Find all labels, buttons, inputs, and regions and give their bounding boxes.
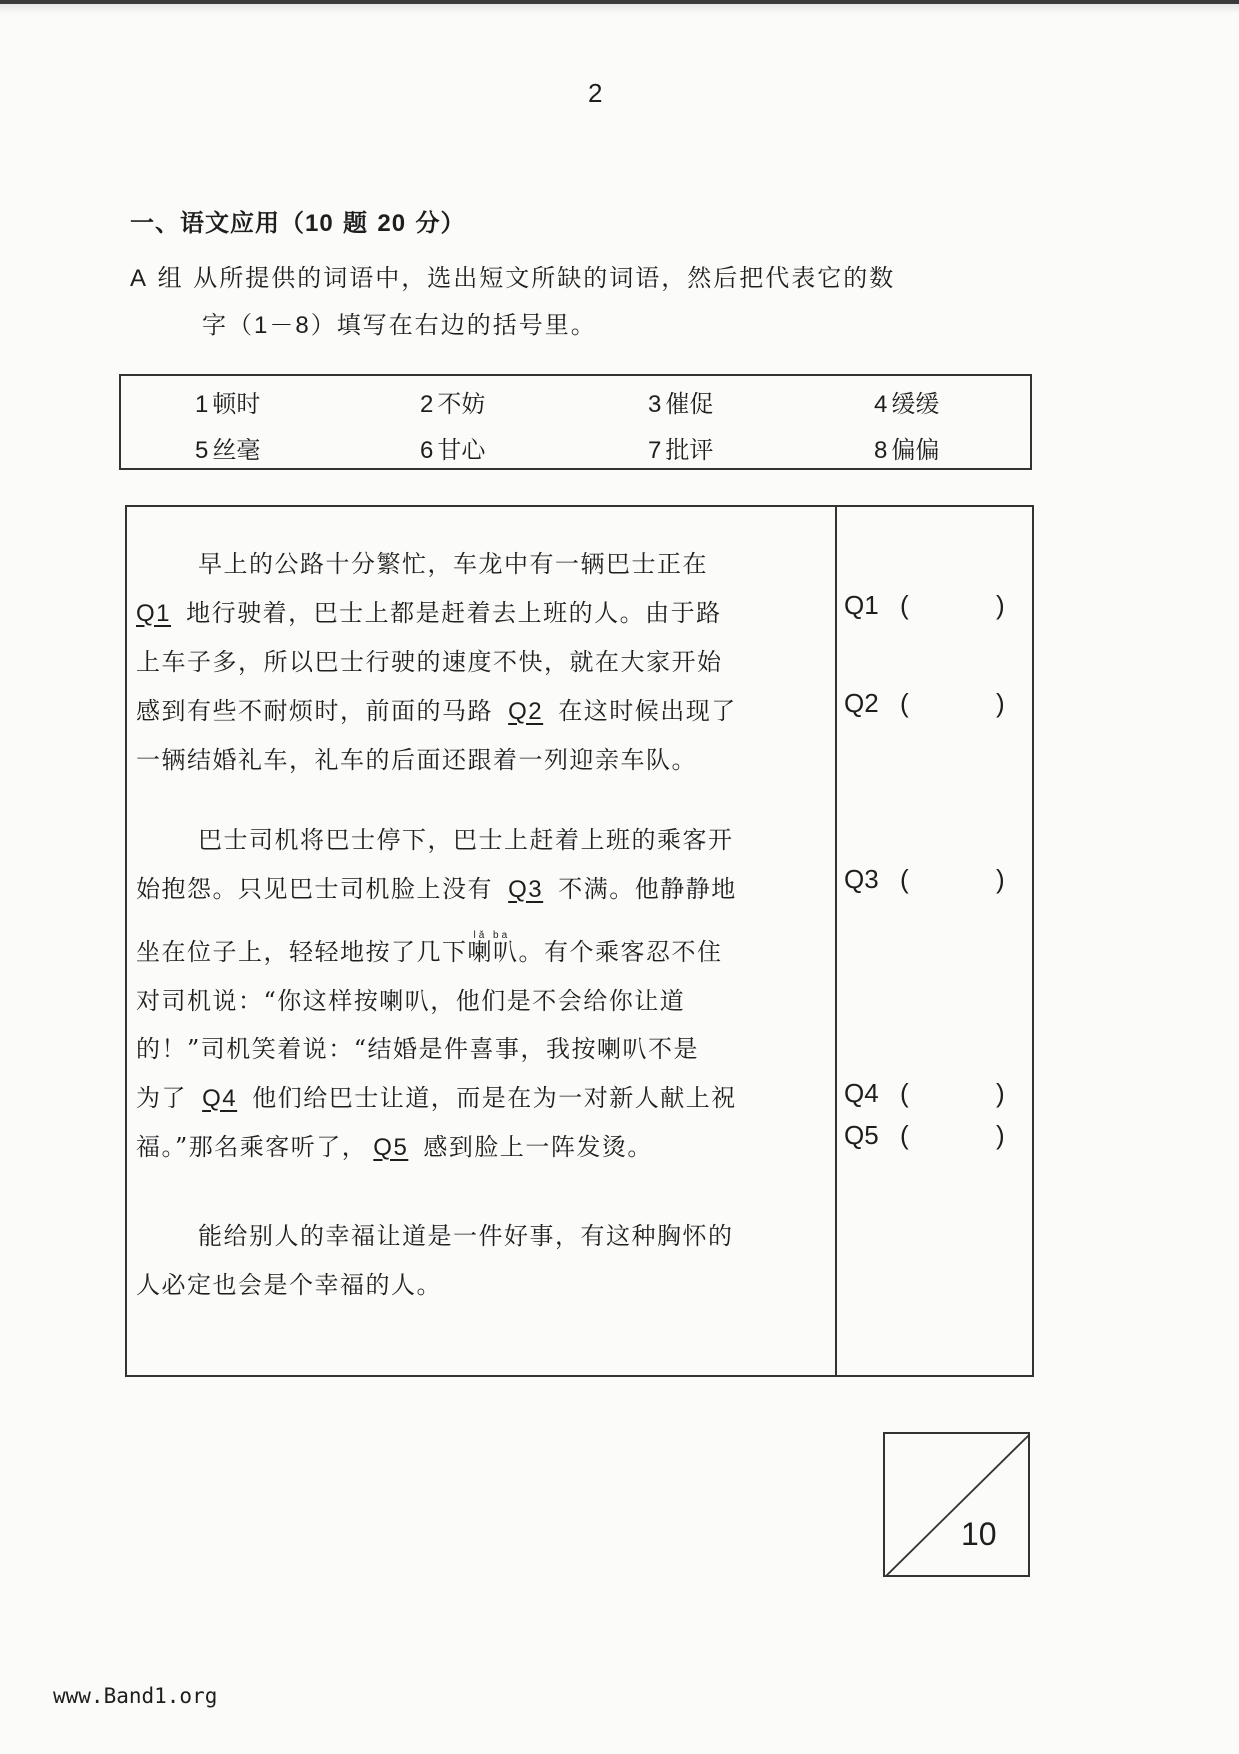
word-text: 顿时 [212,390,260,418]
word-number: 4 [874,391,887,418]
word-text: 偏偏 [891,436,939,464]
passage-line: 早上的公路十分繁忙，车龙中有一辆巴士正在 [136,540,836,589]
instructions: A 组 从所提供的词语中，选出短文所缺的词语，然后把代表它的数 字（1－8）填写… [130,255,895,349]
instruction-text-1: 组 从所提供的词语中，选出短文所缺的词语，然后把代表它的数 [148,264,895,292]
word-number: 8 [874,437,887,464]
blank-q3: Q3 [502,876,549,903]
passage-line: 为了 Q4 他们给巴士让道，而是在为一对新人献上祝 [136,1074,836,1124]
passage-line: 始抱怨。只见巴士司机脸上没有 Q3 不满。他静静地 [136,865,836,915]
passage-text: 。有个乘客忍不住 [519,938,723,966]
group-label: A [130,265,148,292]
open-paren: ( [900,1078,909,1109]
passage-text: 坐在位子上，轻轻地按了几下 [136,938,468,966]
word-bank-item: 6甘心 [420,430,485,465]
passage-line: 一辆结婚礼车，礼车的后面还跟着一列迎亲车队。 [136,736,836,785]
word-bank-item: 7批评 [648,430,713,465]
instruction-text-2b: ）填写在右边的括号里。 [311,311,597,339]
close-paren: ) [996,688,1005,719]
passage-line: 能给别人的幸福让道是一件好事，有这种胸怀的 [136,1212,836,1261]
passage-line: 福。”那名乘客听了，Q5 感到脸上一阵发烫。 [136,1123,836,1173]
section-title-prefix: 一、语文应用（ [130,208,305,237]
open-paren: ( [900,864,909,895]
open-paren: ( [900,590,909,621]
answer-q3[interactable]: Q3() [844,864,1014,895]
watermark: www.Band1.org [53,1684,217,1708]
section-title-mid: 题 [334,208,378,237]
word-bank-item: 5丝毫 [195,430,260,465]
max-score: 10 [961,1516,997,1553]
close-paren: ) [996,864,1005,895]
answer-label: Q4 [844,1078,879,1108]
word-text: 缓缓 [891,390,939,418]
passage-line: 上车子多，所以巴士行驶的速度不快，就在大家开始 [136,638,836,687]
open-paren: ( [900,688,909,719]
pinyin-annotated-word: lǎ ba喇叭 [468,928,519,977]
section-title-suffix: 分） [406,208,465,237]
word-number: 3 [648,391,661,418]
close-paren: ) [996,590,1005,621]
word-bank: 1顿时 2不妨 3催促 4缓缓 5丝毫 6甘心 7批评 8偏偏 [119,374,1032,470]
word-text: 甘心 [437,436,485,464]
word-number: 2 [420,391,433,418]
answer-q2[interactable]: Q2() [844,688,1014,719]
score-box[interactable]: 10 [883,1432,1030,1577]
pinyin: lǎ ba [474,912,511,961]
instruction-text-2a: 字（ [202,311,254,339]
blank-q5: Q5 [367,1134,414,1161]
passage-text: 感到有些不耐烦时，前面的马路 [136,697,502,725]
answer-label: Q2 [844,688,879,718]
answer-label: Q3 [844,864,879,894]
paragraph-2: 巴士司机将巴士停下，巴士上赶着上班的乘客开 始抱怨。只见巴士司机脸上没有 Q3 … [136,816,836,1173]
passage-text: 地行驶着，巴士上都是赶着去上班的人。由于路 [177,599,722,627]
answer-q5[interactable]: Q5() [844,1120,1014,1151]
answer-q4[interactable]: Q4() [844,1078,1014,1109]
page-number: 2 [588,78,602,109]
word-bank-item: 4缓缓 [874,384,939,419]
answer-q1[interactable]: Q1() [844,590,1014,621]
total-marks: 20 [377,210,406,237]
passage-text: 福。”那名乘客听了， [136,1133,367,1161]
paragraph-1: 早上的公路十分繁忙，车龙中有一辆巴士正在 Q1 地行驶着，巴士上都是赶着去上班的… [136,540,836,785]
word-number: 5 [195,437,208,464]
passage-text: 不满。他静静地 [549,875,737,903]
passage-text: 为了 [136,1084,196,1112]
passage-text: 始抱怨。只见巴士司机脸上没有 [136,875,502,903]
passage-line: 对司机说：“你这样按喇叭，他们是不会给你让道 [136,977,836,1026]
passage-line: 巴士司机将巴士停下，巴士上赶着上班的乘客开 [136,816,836,865]
passage-text: 感到脸上一阵发烫。 [414,1133,653,1161]
word-bank-item: 1顿时 [195,384,260,419]
passage-text: 他们给巴士让道，而是在为一对新人献上祝 [243,1084,737,1112]
word-text: 不妨 [437,390,485,418]
word-text: 批评 [665,436,713,464]
blank-q2: Q2 [502,698,549,725]
passage-line: 感到有些不耐烦时，前面的马路 Q2 在这时候出现了 [136,687,836,737]
section-title: 一、语文应用（10 题 20 分） [130,203,465,238]
passage-text: 在这时候出现了 [549,697,737,725]
instruction-line-2: 字（1－8）填写在右边的括号里。 [130,302,895,349]
word-text: 催促 [665,390,713,418]
passage-line: 人必定也会是个幸福的人。 [136,1261,836,1310]
paragraph-3: 能给别人的幸福让道是一件好事，有这种胸怀的 人必定也会是个幸福的人。 [136,1212,836,1309]
close-paren: ) [996,1120,1005,1151]
word-text: 丝毫 [212,436,260,464]
answer-label: Q5 [844,1120,879,1150]
word-number: 7 [648,437,661,464]
word-bank-item: 8偏偏 [874,430,939,465]
close-paren: ) [996,1078,1005,1109]
word-bank-item: 2不妨 [420,384,485,419]
word-number: 1 [195,391,208,418]
question-count: 10 [305,210,334,237]
diagonal-line [885,1434,1030,1577]
blank-q4: Q4 [196,1085,243,1112]
word-number: 6 [420,437,433,464]
passage-line: 的！”司机笑着说：“结婚是件喜事，我按喇叭不是 [136,1025,836,1074]
open-paren: ( [900,1120,909,1151]
scan-shadow [0,4,1239,14]
instruction-line-1: A 组 从所提供的词语中，选出短文所缺的词语，然后把代表它的数 [130,255,895,302]
passage-box: 早上的公路十分繁忙，车龙中有一辆巴士正在 Q1 地行驶着，巴士上都是赶着去上班的… [125,505,1034,1377]
blank-q1: Q1 [136,600,177,627]
passage-line: Q1 地行驶着，巴士上都是赶着去上班的人。由于路 [136,589,836,639]
answer-label: Q1 [844,590,879,620]
word-bank-item: 3催促 [648,384,713,419]
number-range: 1－8 [254,312,311,339]
passage-line: 坐在位子上，轻轻地按了几下lǎ ba喇叭。有个乘客忍不住 [136,928,836,977]
